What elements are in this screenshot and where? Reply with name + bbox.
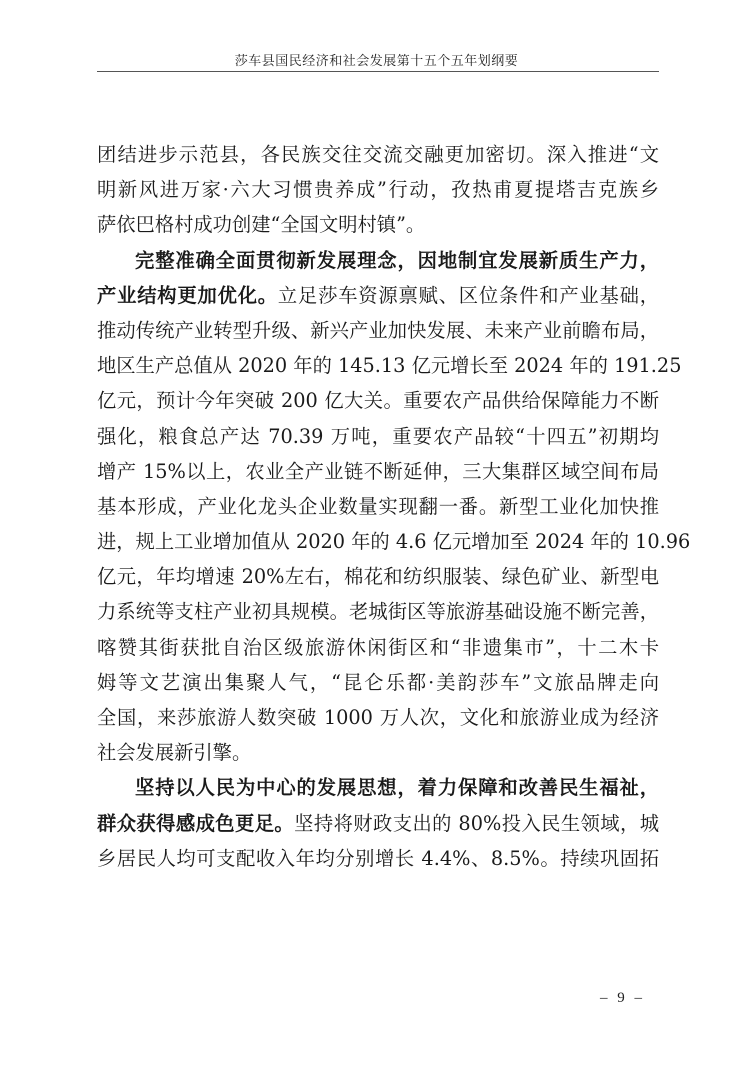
body-line: 社会发展新引擎。 [97, 735, 659, 770]
body-line: 姆等文艺演出集聚人气，“昆仑乐都·美韵莎车”文旅品牌走向 [97, 665, 659, 700]
body-line: 团结进步示范县，各民族交往交流交融更加密切。深入推进“文 [97, 137, 659, 172]
body-line: 喀赞其街获批自治区级旅游休闲街区和“非遗集市”，十二木卡 [97, 630, 659, 665]
section-heading: 坚持以人民为中心的发展思想，着力保障和改善民生福祉， [135, 776, 659, 799]
section-heading-line: 坚持以人民为中心的发展思想，着力保障和改善民生福祉， [97, 770, 659, 805]
body-line: 产业结构更加优化。立足莎车资源禀赋、区位条件和产业基础， [97, 278, 659, 313]
section-heading: 产业结构更加优化。 [97, 284, 278, 307]
page-number: – 9 – [600, 990, 645, 1007]
body-line: 全国，来莎旅游人数突破 1000 万人次，文化和旅游业成为经济 [97, 700, 659, 735]
body-line: 地区生产总值从 2020 年的 145.13 亿元增长至 2024 年的 191… [97, 348, 659, 383]
body-line: 进，规上工业增加值从 2020 年的 4.6 亿元增加至 2024 年的 10.… [97, 524, 659, 559]
body-line: 萨依巴格村成功创建“全国文明村镇”。 [97, 207, 659, 242]
page-header-title: 莎车县国民经济和社会发展第十五个五年划纲要 [0, 50, 753, 69]
body-line: 强化，粮食总产达 70.39 万吨，重要农产品较“十四五”初期均 [97, 419, 659, 454]
body-line: 明新风进万家·六大习惯贵养成”行动，孜热甫夏提塔吉克族乡 [97, 172, 659, 207]
body-text: 立足莎车资源禀赋、区位条件和产业基础， [278, 284, 659, 307]
section-heading-line: 完整准确全面贯彻新发展理念，因地制宜发展新质生产力， [97, 243, 659, 278]
body-text: 坚持将财政支出的 80%投入民生领域，城 [294, 812, 659, 835]
body-line: 推动传统产业转型升级、新兴产业加快发展、未来产业前瞻布局， [97, 313, 659, 348]
body-line: 基本形成，产业化龙头企业数量实现翻一番。新型工业化加快推 [97, 489, 659, 524]
body-line: 群众获得感成色更足。坚持将财政支出的 80%投入民生领域，城 [97, 806, 659, 841]
body-line: 亿元，年均增速 20%左右，棉花和纺织服装、绿色矿业、新型电 [97, 559, 659, 594]
body-line: 乡居民人均可支配收入年均分别增长 4.4%、8.5%。持续巩固拓 [97, 841, 659, 876]
section-heading: 群众获得感成色更足。 [97, 812, 294, 835]
section-heading: 完整准确全面贯彻新发展理念，因地制宜发展新质生产力， [135, 249, 659, 272]
body-line: 增产 15%以上，农业全产业链不断延伸，三大集群区域空间布局 [97, 454, 659, 489]
body-line: 亿元，预计今年突破 200 亿大关。重要农产品供给保障能力不断 [97, 383, 659, 418]
body-line: 力系统等支柱产业初具规模。老城街区等旅游基础设施不断完善， [97, 594, 659, 629]
header-rule [97, 71, 659, 72]
document-body: 团结进步示范县，各民族交往交流交融更加密切。深入推进“文 明新风进万家·六大习惯… [97, 137, 659, 876]
